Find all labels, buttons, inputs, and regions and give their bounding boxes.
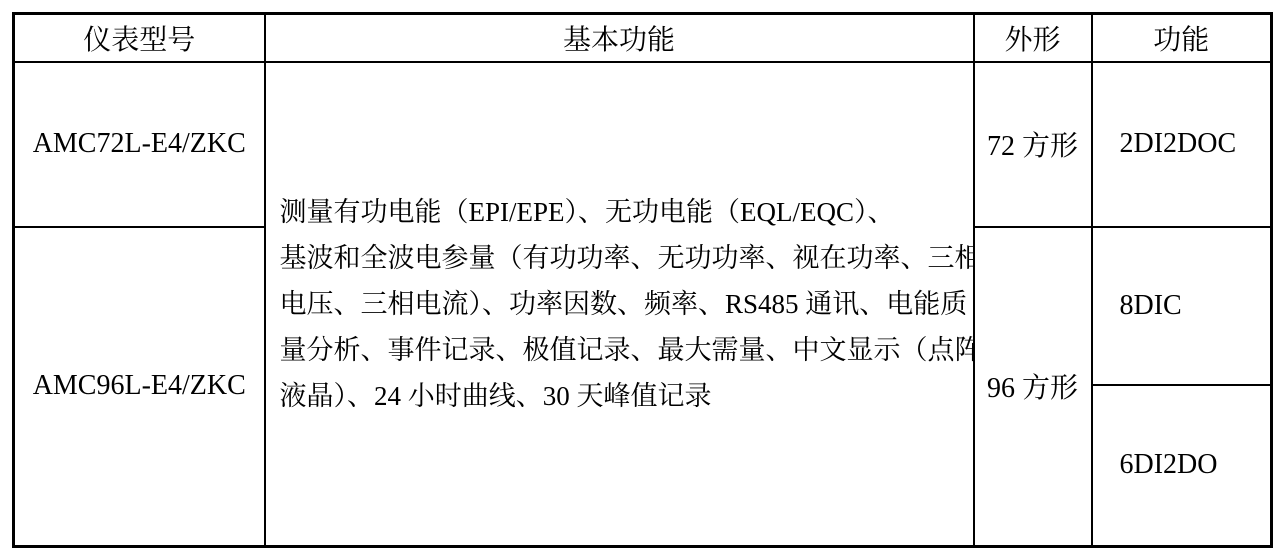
cell-function-6di2do: 6DI2DO [1092,385,1272,547]
cell-shape-96: 96 方形 [974,227,1092,547]
table-row: AMC72L-E4/ZKC 测量有功电能（EPI/EPE）、无功电能（EQL/E… [14,62,1272,227]
cell-shape-72: 72 方形 [974,62,1092,227]
basic-functions-line-2: 基波和全波电参量（有功功率、无功功率、视在功率、三相 [280,235,965,281]
cell-function-8dic: 8DIC [1092,227,1272,385]
header-shape: 外形 [974,14,1092,62]
basic-functions-line-3: 电压、三相电流）、功率因数、频率、RS485 通讯、电能质 [280,281,965,327]
header-basic-functions: 基本功能 [265,14,974,62]
table-header-row: 仪表型号 基本功能 外形 功能 [14,14,1272,62]
basic-functions-line-4: 量分析、事件记录、极值记录、最大需量、中文显示（点阵 [280,327,965,373]
cell-function-2di2doc: 2DI2DOC [1092,62,1272,227]
basic-functions-line-5: 液晶）、24 小时曲线、30 天峰值记录 [280,373,965,419]
basic-functions-line-1: 测量有功电能（EPI/EPE）、无功电能（EQL/EQC）、 [280,189,965,235]
cell-model-amc96l: AMC96L-E4/ZKC [14,227,265,547]
spec-document-page: 仪表型号 基本功能 外形 功能 AMC72L-E4/ZKC 测量有功电能（EPI… [0,0,1282,555]
cell-basic-functions: 测量有功电能（EPI/EPE）、无功电能（EQL/EQC）、 基波和全波电参量（… [265,62,974,547]
cell-model-amc72l: AMC72L-E4/ZKC [14,62,265,227]
header-model: 仪表型号 [14,14,265,62]
meter-spec-table: 仪表型号 基本功能 外形 功能 AMC72L-E4/ZKC 测量有功电能（EPI… [12,12,1273,548]
header-function: 功能 [1092,14,1272,62]
